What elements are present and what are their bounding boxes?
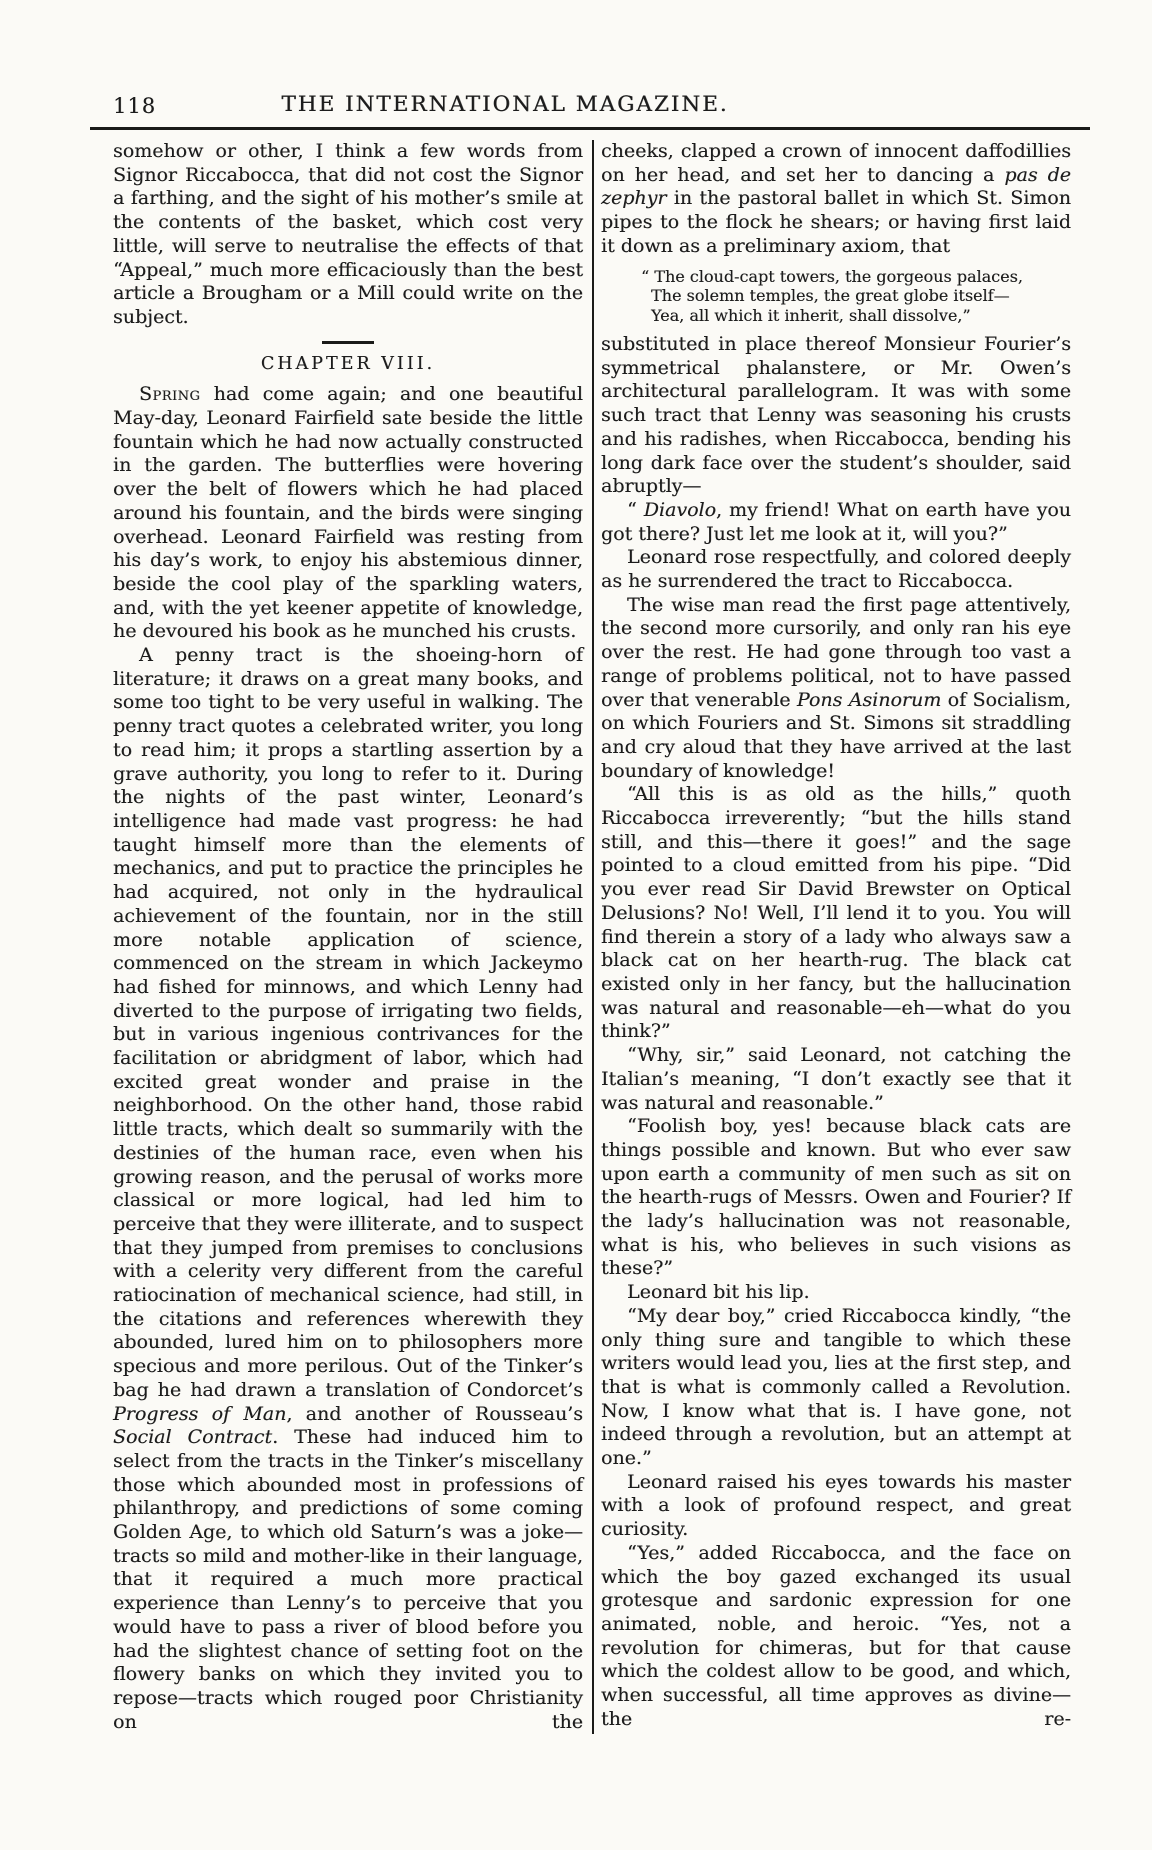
text-segment: Spring: [139, 383, 200, 405]
text-segment: “Foolish boy, yes! because black cats ar…: [601, 1115, 1071, 1279]
text-segment: “My dear boy,” cried Riccabocca kindly, …: [601, 1305, 1071, 1469]
page-header: 118 THE INTERNATIONAL MAGAZINE.: [90, 92, 1090, 122]
text-segment: “Why, sir,” said Leonard, not catching t…: [601, 1044, 1071, 1113]
paragraph: A penny tract is the shoeing-horn of lit…: [113, 644, 583, 1734]
text-segment: in the pastoral ballet in which St. Simo…: [601, 187, 1071, 256]
text-columns: somehow or other, I think a few words fr…: [113, 140, 1071, 1734]
paragraph: “Yes,” added Riccabocca, and the face on…: [601, 1542, 1071, 1732]
text-segment: somehow or other, I think a few words fr…: [113, 140, 583, 328]
text-segment: Social Contract: [113, 1426, 272, 1448]
text-segment: cheeks, clapped a crown of innocent daff…: [601, 140, 1071, 186]
text-segment: “Yes,” added Riccabocca, and the face on…: [601, 1542, 1071, 1730]
verse-line: The solemn temples, the great globe itse…: [641, 286, 1071, 306]
paragraph: “All this is as old as the hills,” quoth…: [601, 783, 1071, 1044]
text-segment: substituted in place thereof Monsieur Fo…: [601, 333, 1071, 497]
text-segment: Leonard raised his eyes towards his mast…: [601, 1471, 1071, 1540]
paragraph: Leonard bit his lip.: [601, 1281, 1071, 1305]
verse-line: “ The cloud-capt towers, the gorgeous pa…: [641, 267, 1071, 287]
text-segment: . These had induced him to select from t…: [113, 1426, 583, 1732]
paragraph: Leonard raised his eyes towards his mast…: [601, 1471, 1071, 1542]
chapter-heading: CHAPTER VIII.: [113, 353, 583, 377]
text-segment: “: [627, 499, 644, 521]
paragraph: The wise man read the first page attenti…: [601, 594, 1071, 784]
paragraph: cheeks, clapped a crown of innocent daff…: [601, 140, 1071, 259]
verse-quotation: “ The cloud-capt towers, the gorgeous pa…: [641, 267, 1071, 326]
text-segment: Leonard bit his lip.: [627, 1281, 810, 1303]
paragraph: Spring had come again; and one beautiful…: [113, 383, 583, 644]
left-column: somehow or other, I think a few words fr…: [113, 140, 583, 1734]
paragraph: “Foolish boy, yes! because black cats ar…: [601, 1115, 1071, 1281]
text-segment: Diavolo: [644, 499, 716, 521]
text-segment: Leonard rose respectfully, and colored d…: [601, 546, 1071, 592]
column-divider: [592, 140, 594, 1734]
paragraph: “Why, sir,” said Leonard, not catching t…: [601, 1044, 1071, 1115]
text-segment: Progress of Man: [113, 1403, 286, 1425]
magazine-page: 118 THE INTERNATIONAL MAGAZINE. somehow …: [0, 0, 1152, 1850]
paragraph: Leonard rose respectfully, and colored d…: [601, 546, 1071, 593]
text-segment: A penny tract is the shoeing-horn of lit…: [113, 644, 583, 1401]
section-divider-rule: [322, 341, 374, 344]
paragraph: substituted in place thereof Monsieur Fo…: [601, 333, 1071, 499]
text-segment: Pons Asinorum: [797, 689, 941, 711]
verse-line: Yea, all which it inherit, shall dissolv…: [641, 306, 1071, 326]
paragraph: somehow or other, I think a few words fr…: [113, 140, 583, 330]
paragraph: “My dear boy,” cried Riccabocca kindly, …: [601, 1305, 1071, 1471]
right-column: cheeks, clapped a crown of innocent daff…: [601, 140, 1071, 1734]
paragraph: “ Diavolo, my friend! What on earth have…: [601, 499, 1071, 546]
page-title: THE INTERNATIONAL MAGAZINE.: [5, 92, 1005, 117]
header-rule: [90, 127, 1090, 130]
text-segment: “All this is as old as the hills,” quoth…: [601, 783, 1071, 1042]
text-segment: , and another of Rousseau’s: [286, 1403, 583, 1425]
text-segment: had come again; and one beautiful May-da…: [113, 383, 583, 642]
